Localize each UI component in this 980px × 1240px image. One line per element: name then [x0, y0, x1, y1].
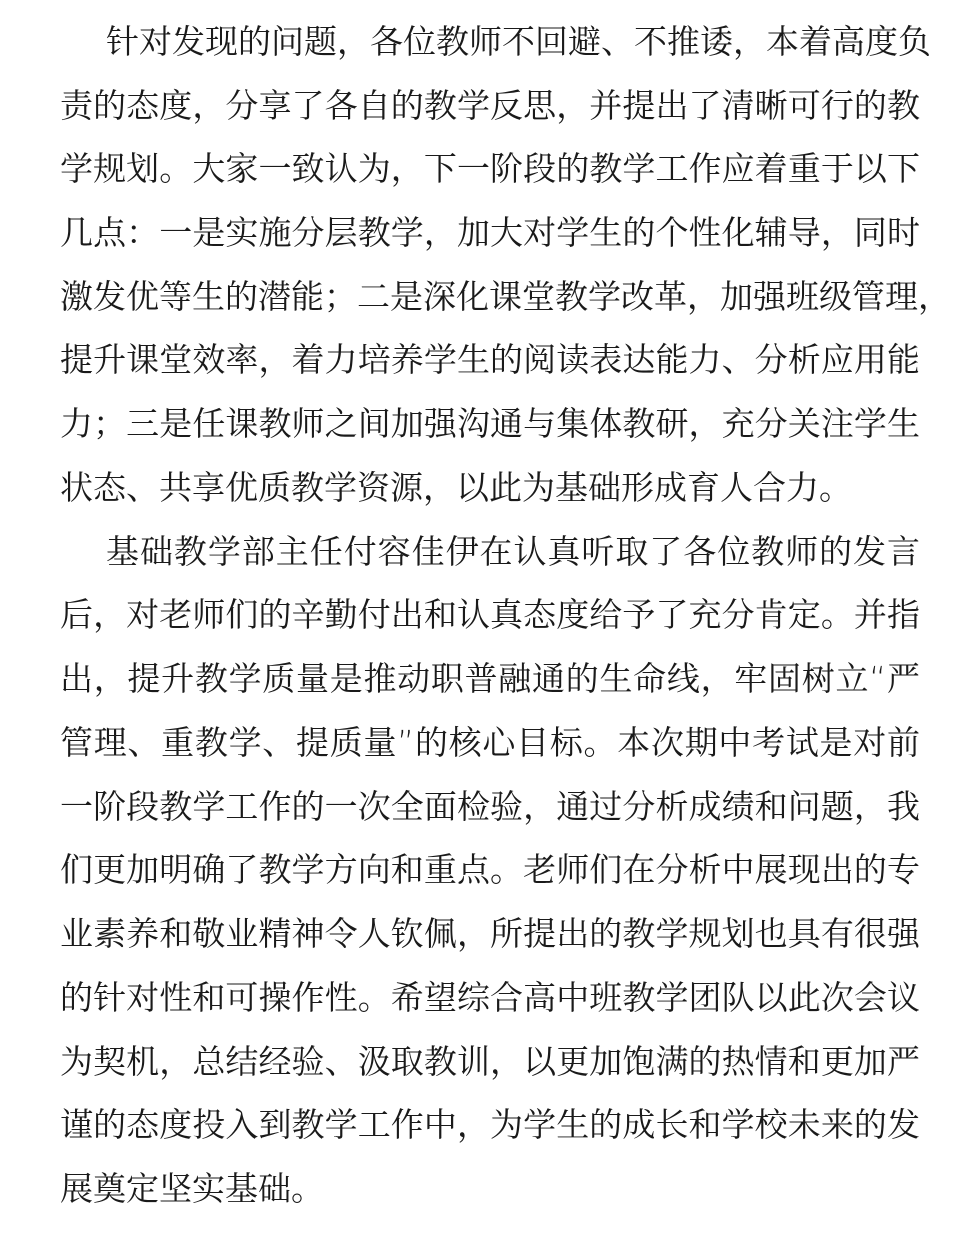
paragraph-line: 激发优等生的潜能；二是深化课堂教学改革，加强班级管理， — [60, 275, 920, 319]
paragraph-line: 们更加明确了教学方向和重点。老师们在分析中展现出的专 — [60, 848, 920, 892]
paragraph-line: 针对发现的问题，各位教师不回避、不推诿，本着高度负 — [106, 20, 920, 64]
paragraph-line: 力；三是任课教师之间加强沟通与集体教研，充分关注学生 — [60, 402, 920, 446]
paragraph-line: 管理、重教学、提质量”的核心目标。本次期中考试是对前 — [60, 721, 920, 765]
paragraph-line: 展奠定坚实基础。 — [60, 1167, 920, 1211]
paragraph-line: 业素养和敬业精神令人钦佩，所提出的教学规划也具有很强 — [60, 912, 920, 956]
paragraph-line: 基础教学部主任付容佳伊在认真听取了各位教师的发言 — [106, 530, 920, 574]
paragraph-line: 学规划。大家一致认为，下一阶段的教学工作应着重于以下 — [60, 147, 920, 191]
paragraph-line: 责的态度，分享了各自的教学反思，并提出了清晰可行的教 — [60, 84, 920, 128]
paragraph-line: 状态、共享优质教学资源，以此为基础形成育人合力。 — [60, 466, 920, 510]
document-page: 针对发现的问题，各位教师不回避、不推诿，本着高度负 责的态度，分享了各自的教学反… — [0, 0, 980, 1240]
paragraph-line: 几点：一是实施分层教学，加大对学生的个性化辅导，同时 — [60, 211, 920, 255]
paragraph-line: 为契机，总结经验、汲取教训，以更加饱满的热情和更加严 — [60, 1040, 920, 1084]
paragraph-line: 后，对老师们的辛勤付出和认真态度给予了充分肯定。并指 — [60, 593, 920, 637]
paragraph-line: 的针对性和可操作性。希望综合高中班教学团队以此次会议 — [60, 976, 920, 1020]
paragraph-line: 谨的态度投入到教学工作中，为学生的成长和学校未来的发 — [60, 1103, 920, 1147]
paragraph-line: 出，提升教学质量是推动职普融通的生命线，牢固树立“严 — [60, 657, 920, 701]
paragraph-line: 一阶段教学工作的一次全面检验，通过分析成绩和问题，我 — [60, 785, 920, 829]
paragraph-line: 提升课堂效率，着力培养学生的阅读表达能力、分析应用能 — [60, 338, 920, 382]
